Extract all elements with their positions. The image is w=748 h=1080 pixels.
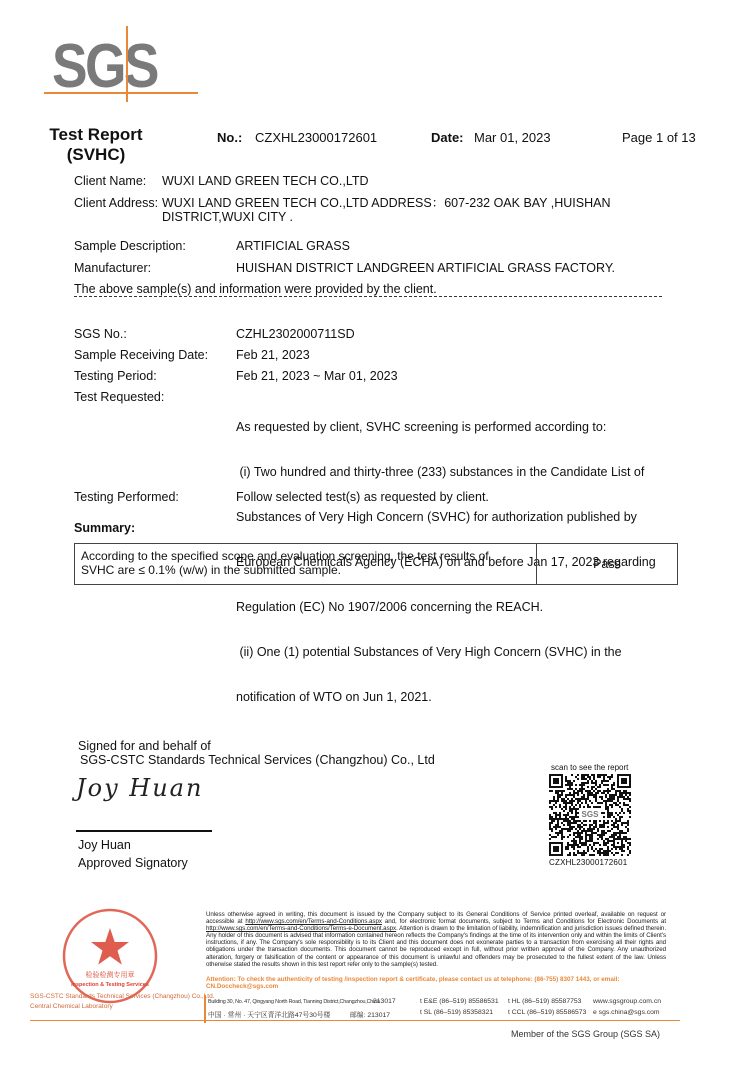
testing-period-label: Testing Period:	[74, 369, 157, 384]
page-indicator: Page 1 of 13	[622, 130, 696, 145]
test-requested-label: Test Requested:	[74, 390, 164, 405]
qr-code[interactable]: SGS	[549, 774, 631, 856]
testing-performed-label: Testing Performed:	[74, 490, 179, 505]
handwritten-signature: Joy Huan	[76, 774, 216, 824]
report-number-label: No.:	[217, 130, 242, 145]
postcode-cn: 邮编: 213017	[350, 1009, 390, 1019]
report-title: Test Report (SVHC)	[46, 125, 146, 165]
report-date: Mar 01, 2023	[474, 130, 551, 145]
phone-sl: t SL (86–519) 85358321	[420, 1009, 493, 1016]
postcode-en: 213017	[373, 998, 396, 1005]
sample-description-label: Sample Description:	[74, 239, 186, 254]
phone-ee: t E&E (86–519) 85586531	[420, 998, 499, 1005]
report-number: CZXHL23000172601	[255, 130, 377, 145]
manufacturer: HUISHAN DISTRICT LANDGREEN ARTIFICIAL GR…	[236, 261, 615, 276]
legal-disclaimer: Unless otherwise agreed in writing, this…	[206, 911, 666, 968]
stamp-center-cn: 检验检测专用章	[86, 970, 135, 979]
qr-report-id: CZXHL23000172601	[549, 858, 627, 867]
signature-line	[76, 830, 212, 832]
address-en: Building 30, No. 47, Qingyang North Road…	[208, 999, 380, 1005]
test-requested-line: notification of WTO on Jun 1, 2021.	[236, 690, 656, 705]
test-requested-line: As requested by client, SVHC screening i…	[236, 420, 656, 435]
qr-center-logo: SGS	[582, 810, 600, 819]
summary-table: According to the specified scope and eva…	[74, 543, 678, 585]
summary-statement-line2: SVHC are ≤ 0.1% (w/w) in the submitted s…	[81, 563, 530, 577]
signed-for-label: Signed for and behalf of	[78, 739, 211, 754]
report-title-line1: Test Report	[46, 125, 146, 145]
testing-period: Feb 21, 2023 ~ Mar 01, 2023	[236, 369, 398, 384]
sgs-no-label: SGS No.:	[74, 327, 127, 342]
manufacturer-label: Manufacturer:	[74, 261, 151, 276]
sample-description: ARTIFICIAL GRASS	[236, 239, 350, 254]
report-date-label: Date:	[431, 130, 464, 145]
signing-company: SGS-CSTC Standards Technical Services (C…	[80, 753, 435, 768]
stamp-caption-line1: SGS-CSTC Standards Technical Services (C…	[30, 993, 215, 1000]
qr-caption: scan to see the report	[551, 763, 628, 772]
footer-accent-vline	[204, 995, 206, 1023]
signatory-title: Approved Signatory	[78, 856, 188, 871]
test-requested-line: (ii) One (1) potential Substances of Ver…	[236, 645, 656, 660]
receiving-date-label: Sample Receiving Date:	[74, 348, 208, 363]
dashed-divider	[74, 296, 662, 298]
stamp-center-en: Inspection & Testing Services	[71, 982, 149, 988]
test-requested-line: Substances of Very High Concern (SVHC) f…	[236, 510, 656, 525]
client-address-label: Client Address:	[74, 196, 158, 211]
legal-text: and, for electronic format documents, su…	[382, 918, 666, 925]
stamp-caption-line2: Central Chemical Laboratory	[30, 1003, 113, 1010]
sgs-logo: SGS	[44, 28, 204, 108]
testing-performed: Follow selected test(s) as requested by …	[236, 490, 489, 505]
sgs-group-membership: Member of the SGS Group (SGS SA)	[511, 1029, 660, 1039]
sgs-logo-text: SGS	[52, 36, 157, 98]
client-address-line1: WUXI LAND GREEN TECH CO.,LTD ADDRESS：607…	[162, 196, 611, 211]
e-document-terms-link[interactable]: http://www.sgs.com/en/Terms-and-Conditio…	[206, 925, 396, 932]
legal-text: . Attention is drawn to the limitation o…	[206, 925, 666, 967]
client-name-label: Client Name:	[74, 174, 146, 189]
footer-accent-hline	[30, 1020, 680, 1021]
summary-statement: According to the specified scope and eva…	[75, 544, 537, 584]
phone-ccl: t CCL (86–519) 85586573	[508, 1009, 586, 1016]
logo-vertical-rule	[126, 26, 128, 102]
address-cn: 中国 · 常州 · 天宁区青洋北路47号30号楼	[208, 1009, 330, 1019]
official-seal-icon: 检验检测专用章 Inspection & Testing Services	[60, 906, 160, 1006]
signatory-name: Joy Huan	[78, 838, 131, 853]
test-requested-line: (i) Two hundred and thirty-three (233) s…	[236, 465, 656, 480]
test-requested-line: Regulation (EC) No 1907/2006 concerning …	[236, 600, 656, 615]
authenticity-notice: Attention: To check the authenticity of …	[206, 976, 666, 990]
website[interactable]: www.sgsgroup.com.cn	[593, 998, 661, 1005]
summary-statement-line1: According to the specified scope and eva…	[81, 549, 530, 563]
client-address-line2: DISTRICT,WUXI CITY .	[162, 210, 293, 225]
terms-link[interactable]: http://www.sgs.com/en/Terms-and-Conditio…	[245, 918, 382, 925]
email[interactable]: e sgs.china@sgs.com	[593, 1009, 660, 1016]
logo-horizontal-rule	[44, 92, 198, 94]
receiving-date: Feb 21, 2023	[236, 348, 310, 363]
summary-result: Pass	[537, 544, 677, 584]
summary-title: Summary:	[74, 521, 135, 535]
phone-hl: t HL (86–519) 85587753	[508, 998, 581, 1005]
client-name: WUXI LAND GREEN TECH CO.,LTD	[162, 174, 369, 189]
provided-note: The above sample(s) and information were…	[74, 282, 437, 297]
sgs-no: CZHL2302000711SD	[236, 327, 355, 342]
report-title-line2: (SVHC)	[46, 145, 146, 165]
